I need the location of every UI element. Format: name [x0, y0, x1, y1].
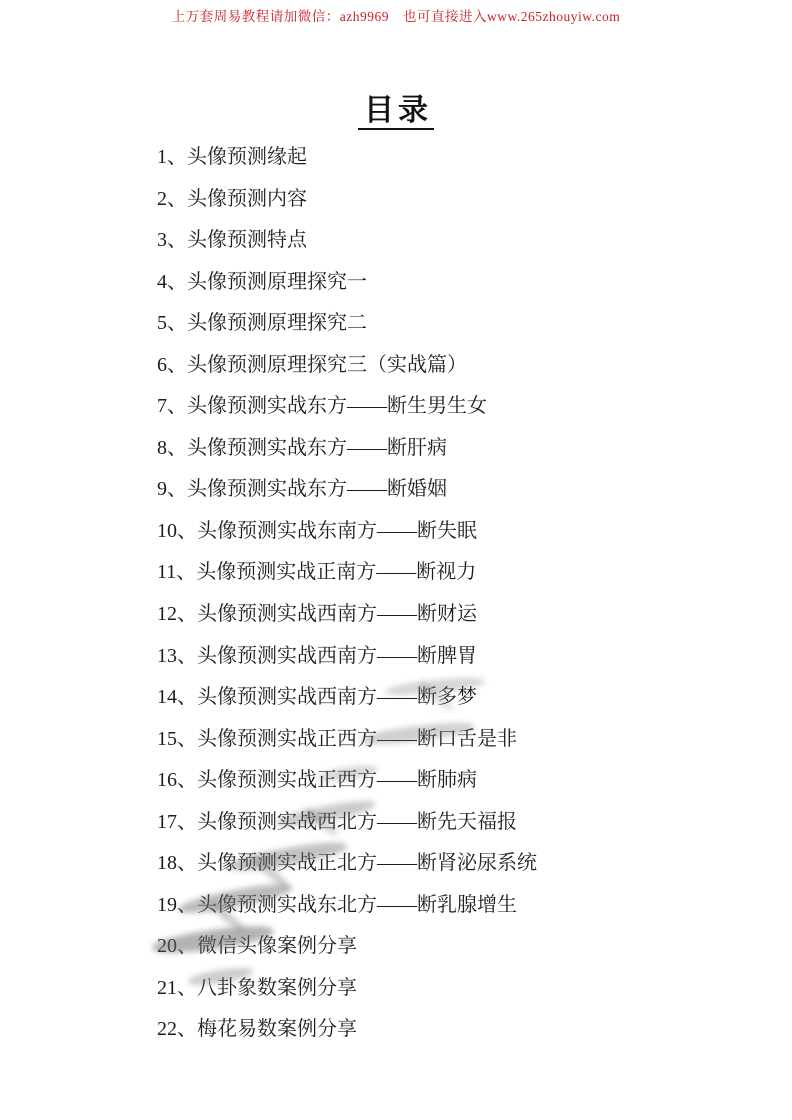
toc-item: 22、梅花易数案例分享: [157, 1018, 537, 1060]
toc-item: 19、头像预测实战东北方——断乳腺增生: [157, 894, 537, 936]
toc-item: 16、头像预测实战正西方——断肺病: [157, 769, 537, 811]
page-title: 目录: [0, 94, 792, 130]
toc-item: 4、头像预测原理探究一: [157, 271, 537, 313]
page-title-text: 目录: [358, 94, 434, 130]
toc-item: 9、头像预测实战东方——断婚姻: [157, 478, 537, 520]
toc-item: 13、头像预测实战西南方——断脾胃: [157, 645, 537, 687]
toc-item: 7、头像预测实战东方——断生男生女: [157, 395, 537, 437]
toc-item: 11、头像预测实战正南方——断视力: [157, 561, 537, 603]
toc-item: 12、头像预测实战西南方——断财运: [157, 603, 537, 645]
toc-item: 2、头像预测内容: [157, 188, 537, 230]
toc-item: 15、头像预测实战正西方——断口舌是非: [157, 728, 537, 770]
toc-item: 17、头像预测实战西北方——断先天福报: [157, 811, 537, 853]
toc-item: 3、头像预测特点: [157, 229, 537, 271]
toc-item: 14、头像预测实战西南方——断多梦: [157, 686, 537, 728]
toc-item: 8、头像预测实战东方——断肝病: [157, 437, 537, 479]
toc-item: 6、头像预测原理探究三（实战篇）: [157, 354, 537, 396]
toc-list: 1、头像预测缘起2、头像预测内容3、头像预测特点4、头像预测原理探究一5、头像预…: [157, 146, 537, 1060]
toc-item: 5、头像预测原理探究二: [157, 312, 537, 354]
toc-item: 10、头像预测实战东南方——断失眠: [157, 520, 537, 562]
promo-header-text: 上万套周易教程请加微信：azh9969 也可直接进入www.265zhouyiw…: [0, 5, 792, 25]
document-page: 上万套周易教程请加微信：azh9969 也可直接进入www.265zhouyiw…: [0, 0, 792, 1120]
toc-item: 21、八卦象数案例分享: [157, 977, 537, 1019]
toc-item: 1、头像预测缘起: [157, 146, 537, 188]
toc-item: 18、头像预测实战正北方——断肾泌尿系统: [157, 852, 537, 894]
toc-item: 20、微信头像案例分享: [157, 935, 537, 977]
